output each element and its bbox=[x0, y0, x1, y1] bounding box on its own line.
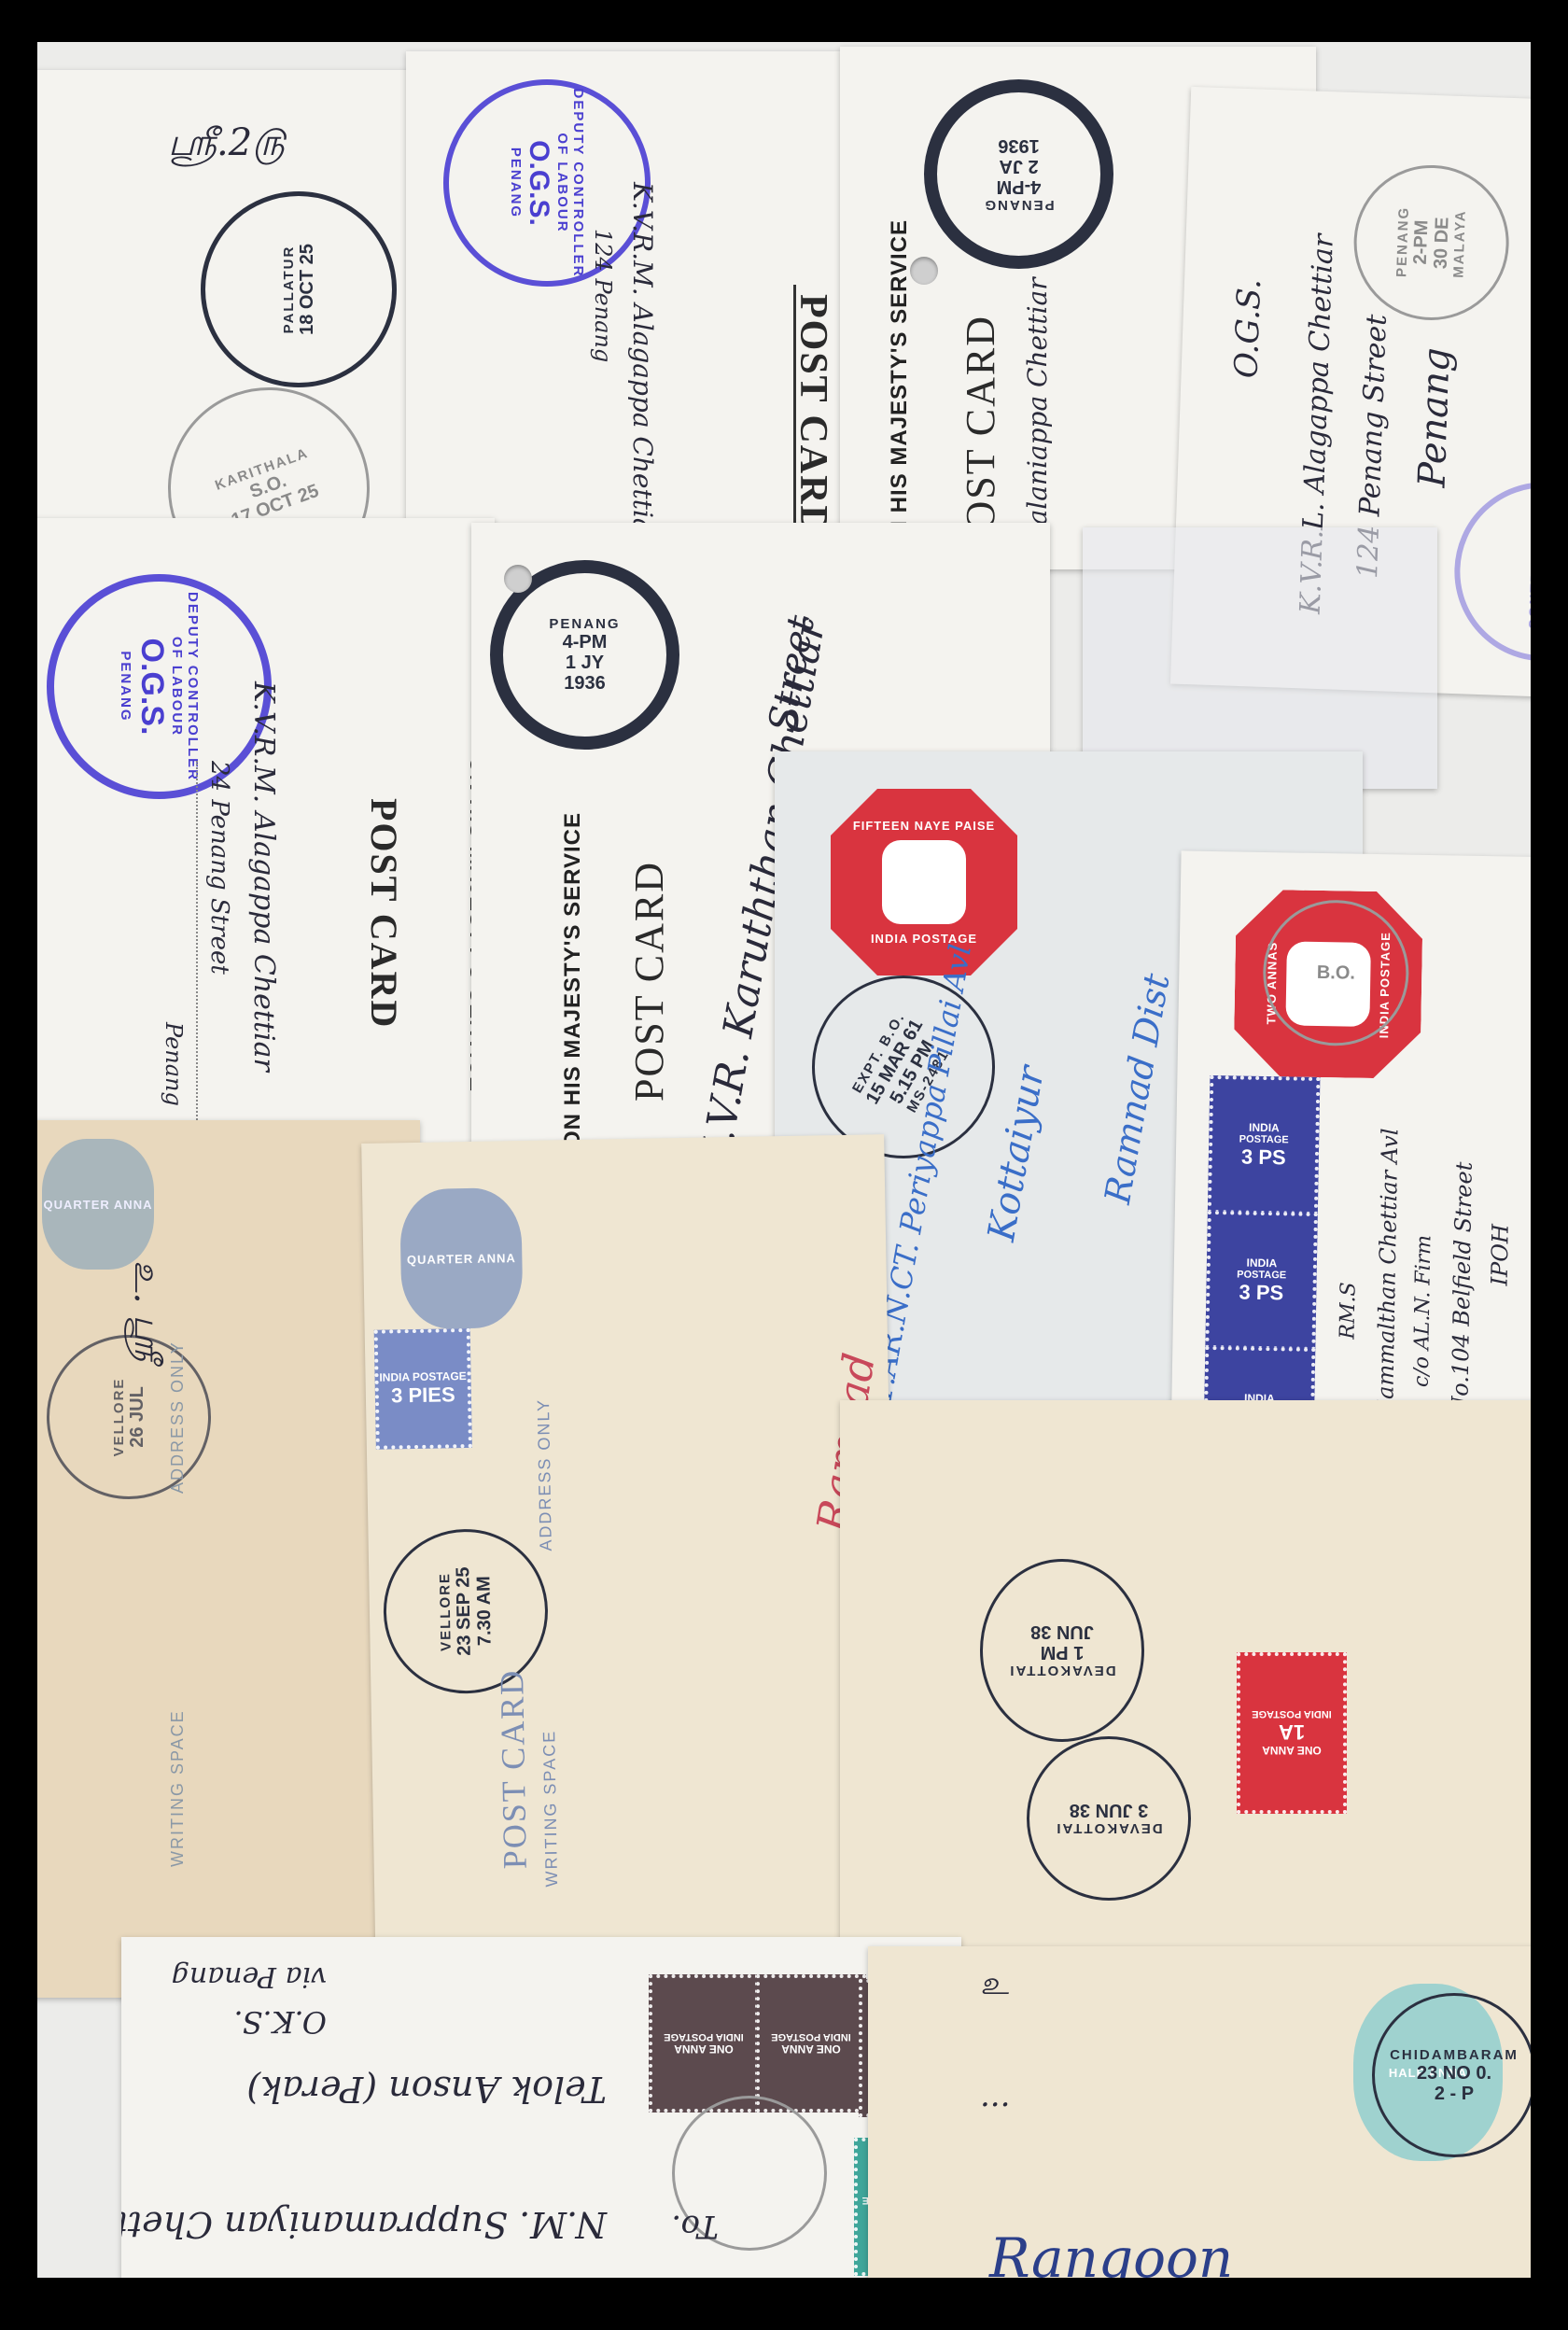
address-line-3: Telok Anson (Perak) bbox=[246, 2069, 607, 2110]
postmark-penang-1936: PENANG 4-PM 2 JA 1936 bbox=[924, 79, 1113, 269]
stamp-elephant-3ps-2: INDIA POSTAGE 3 PS bbox=[1205, 1211, 1318, 1351]
header-ogs: O.G.S. bbox=[1227, 278, 1268, 379]
printed-header-ohms: ON HIS MAJESTY'S SERVICE bbox=[887, 219, 913, 555]
india-map-icon bbox=[882, 840, 966, 924]
printed-title-post-card: POST CARD bbox=[791, 294, 835, 536]
address-line-1: K.V.R.M. Alagappa Chettiar bbox=[627, 182, 658, 546]
stamp-3-pies: INDIA POSTAGE 3 PIES bbox=[374, 1328, 472, 1450]
handwritten-header: ஸ்ரீ.2௫ bbox=[168, 121, 285, 169]
postmark-pallatur: PALLATUR 18 OCT 25 bbox=[201, 191, 397, 387]
printed-header-ohms: ON HIS MAJESTY'S SERVICE bbox=[560, 812, 586, 1148]
photo-board: ஸ்ரீ.2௫ PALLATUR 18 OCT 25 KARITHALA S.O… bbox=[37, 42, 1531, 2278]
cover-bottom-right: HALF ANNA CHIDAMBARAM 23 NO 0. 2 - P உ .… bbox=[868, 1946, 1531, 2278]
quarter-anna-indicium: QUARTER ANNA bbox=[42, 1139, 154, 1270]
address-line-4: O.K.S. bbox=[233, 2004, 327, 2040]
embossed-indicium-15np: FIFTEEN NAYE PAISE INDIA POSTAGE bbox=[831, 789, 1017, 976]
initials: உ. ஸ்ரீ bbox=[121, 1260, 168, 1361]
card-top-center: DEPUTY CONTROLLER OF LABOUR O.G.S. PENAN… bbox=[406, 51, 891, 574]
postmark-penang-malaya: PENANG 2-PM 30 DE MALAYA bbox=[1351, 162, 1512, 323]
postmark-chidambaram: CHIDAMBARAM 23 NO 0. 2 - P bbox=[1372, 1993, 1531, 2157]
address-line: Palaniappa Chettiar bbox=[1022, 277, 1053, 541]
postmark-devakottai-2: DEVAKOTTAI 3 JUN 38 bbox=[1027, 1736, 1191, 1901]
card-mid-left: DEPUTY CONTROLLER OF LABOUR O.G.S. PENAN… bbox=[37, 518, 495, 1172]
printed-writing-space: WRITING SPACE bbox=[539, 1730, 562, 1888]
sleeve-right bbox=[1083, 527, 1437, 789]
cachet-partial: CONTROLLER O.G.S. bbox=[1451, 479, 1531, 665]
address-line-4: No.104 Belfield Street bbox=[1447, 1161, 1477, 1416]
address-line-3: c/o AL.N. Firm bbox=[1410, 1235, 1436, 1387]
address-dotted-line bbox=[196, 761, 198, 1153]
cachet-deputy-controller-of-labour: DEPUTY CONTROLLER OF LABOUR O.G.S. PENAN… bbox=[47, 574, 272, 799]
address-line-1: உ bbox=[980, 1965, 1009, 2006]
printed-writing-space: WRITING SPACE bbox=[168, 1709, 188, 1867]
address-line-rangoon: Rangoon bbox=[989, 2226, 1233, 2278]
stamp-one-anna-red: ONE ANNA 1A INDIA POSTAGE bbox=[1237, 1652, 1347, 1814]
quarter-anna-indicium: QUARTER ANNA bbox=[399, 1187, 524, 1329]
address-line-5: via Penang bbox=[172, 1960, 327, 1993]
printed-title-post-card: POST CARD bbox=[362, 798, 406, 1029]
address-line-1: N.M. Suppramaniyan Chettiar bbox=[121, 2204, 607, 2245]
printed-title-post-card: POST CARD bbox=[625, 861, 673, 1102]
address-line-2: 24 Penang Street bbox=[205, 761, 233, 975]
stamp-elephant-3ps-1: INDIA POSTAGE 3 PS bbox=[1208, 1075, 1321, 1215]
address-line-1: K.V.R.M. Alagappa Chettiar bbox=[247, 681, 280, 1072]
cover-bottom-left: ONE ANNA INDIA POSTAGE ONE ANNA INDIA PO… bbox=[121, 1937, 961, 2278]
stamp-one-anna-1: ONE ANNA INDIA POSTAGE bbox=[649, 1974, 759, 2112]
punch-hole bbox=[504, 565, 532, 593]
cachet-deputy-controller-of-labour: DEPUTY CONTROLLER OF LABOUR O.G.S. PENAN… bbox=[443, 79, 651, 287]
address-line-1: RM.S bbox=[1337, 1282, 1361, 1340]
address-line-3: Penang bbox=[161, 1022, 187, 1106]
postmark-devakottai-1: DEVAKOTTAI 1 PM JUN 38 bbox=[980, 1559, 1144, 1742]
printed-post-card: POST CARD bbox=[492, 1668, 535, 1869]
address-line-5: IPOH bbox=[1487, 1224, 1514, 1286]
title-underline bbox=[793, 285, 796, 527]
stamp-one-anna-2: ONE ANNA INDIA POSTAGE bbox=[756, 1974, 866, 2112]
address-to: To. bbox=[671, 2208, 719, 2245]
printed-title-post-card: POST CARD bbox=[957, 315, 1004, 555]
printed-address-only: ADDRESS ONLY bbox=[168, 1340, 188, 1494]
card-lower-center: QUARTER ANNA INDIA POSTAGE 3 PIES VELLOR… bbox=[361, 1134, 899, 1984]
address-line-2: Sammalthan Chettiar Avl bbox=[1372, 1128, 1403, 1414]
address-line-2: ... bbox=[980, 2077, 1010, 2114]
cover-two-annas: TWO ANNAS INDIA POSTAGE B.O. INDIA POSTA… bbox=[1170, 850, 1531, 1454]
cover-back-one-anna: DEVAKOTTAI 1 PM JUN 38 DEVAKOTTAI 3 JUN … bbox=[840, 1400, 1531, 1960]
printed-address-only: ADDRESS ONLY bbox=[534, 1398, 556, 1551]
address-line-3: Penang bbox=[1410, 347, 1458, 488]
punch-hole bbox=[910, 257, 938, 285]
address-line-4: Ramnad Dist bbox=[1097, 971, 1178, 1207]
address-line-2: 124 Penang bbox=[590, 229, 616, 362]
card-top-left: ஸ்ரீ.2௫ PALLATUR 18 OCT 25 KARITHALA S.O… bbox=[37, 70, 467, 555]
